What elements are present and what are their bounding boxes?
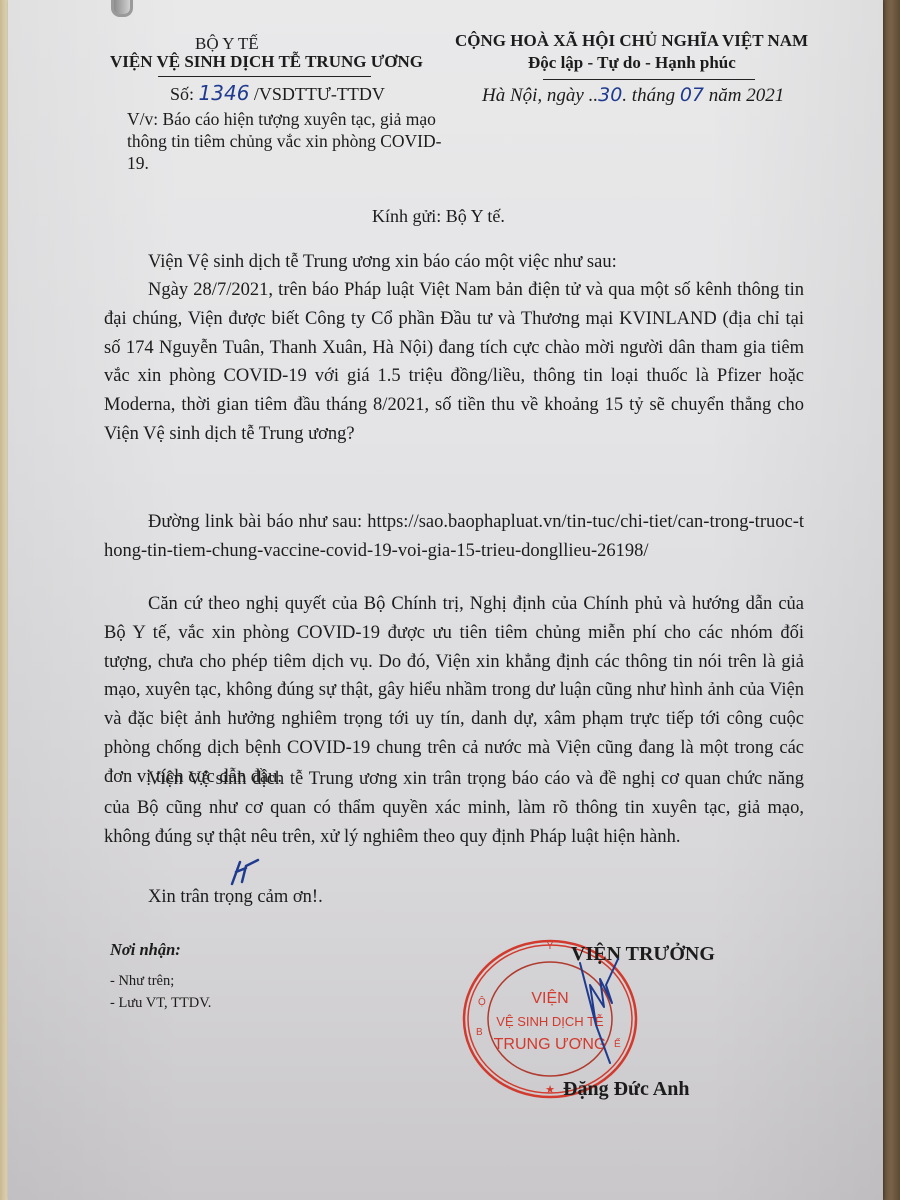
svg-text:Ộ: Ộ [478, 995, 486, 1008]
paragraph-intro: Viện Vệ sinh dịch tễ Trung ương xin báo … [104, 248, 804, 277]
svg-text:Y: Y [547, 941, 554, 952]
handwritten-initial-icon [228, 858, 264, 886]
recipients-list: - Như trên; - Lưu VT, TTDV. [110, 970, 211, 1014]
national-motto: Độc lập - Tự do - Hạnh phúc [528, 53, 736, 73]
document-number: Số: 1346 /VSDTTƯ-TTDV [170, 81, 385, 105]
header-divider-right [543, 79, 755, 80]
paragraph-request: Viện Vệ sinh dịch tễ Trung ương xin trân… [104, 765, 804, 851]
recipient-item: - Lưu VT, TTDV. [110, 992, 211, 1014]
svg-text:B: B [476, 1027, 483, 1038]
country-name: CỘNG HOÀ XÃ HỘI CHỦ NGHĨA VIỆT NAM [455, 31, 808, 51]
svg-text:VIỆN: VIỆN [531, 988, 568, 1007]
ministry-name: BỘ Y TẾ [195, 34, 259, 54]
document-subject: V/v: Báo cáo hiện tượng xuyên tạc, giả m… [127, 108, 442, 174]
institute-name: VIỆN VỆ SINH DỊCH TỄ TRUNG ƯƠNG [110, 52, 423, 72]
greeting: Kính gửi: Bộ Y tế. [372, 206, 505, 227]
header-divider-left [158, 76, 371, 77]
signature-icon [570, 955, 630, 1065]
signatory-name: Đặng Đức Anh [563, 1078, 689, 1101]
paper-clip [111, 0, 133, 17]
paragraph-link: Đường link bài báo như sau: https://sao.… [104, 508, 804, 566]
svg-text:★: ★ [545, 1083, 555, 1096]
recipients-title: Nơi nhận: [110, 940, 181, 960]
document-date: Hà Nội, ngày ..30. tháng 07 năm 2021 [482, 84, 784, 107]
paragraph-incident: Ngày 28/7/2021, trên báo Pháp luật Việt … [104, 276, 804, 449]
handwritten-month: 07 [680, 84, 704, 106]
handwritten-number: 1346 [199, 81, 250, 105]
recipient-item: - Như trên; [110, 970, 211, 992]
paragraph-basis: Căn cứ theo nghị quyết của Bộ Chính trị,… [104, 590, 804, 792]
paragraph-thanks: Xin trân trọng cảm ơn!. [104, 883, 804, 912]
handwritten-day: 30 [598, 84, 622, 106]
